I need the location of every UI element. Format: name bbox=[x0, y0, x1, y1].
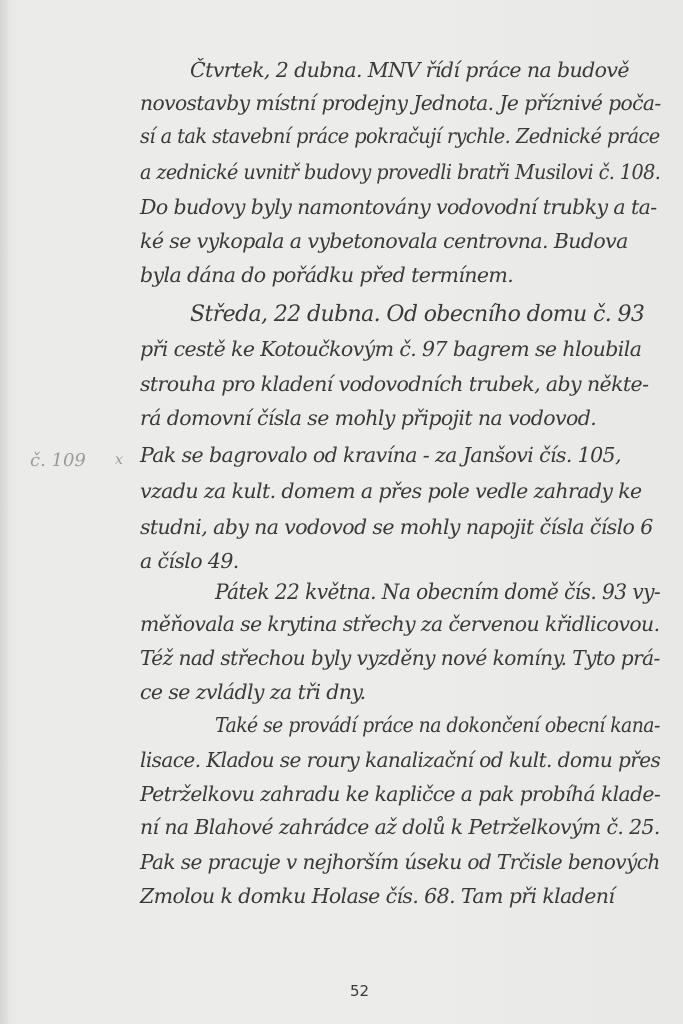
text-line-12: Pak se bagrovalo od kravína - za Janšovi… bbox=[140, 443, 621, 467]
text-line-5: Do budovy byly namontovány vodovodní tru… bbox=[140, 195, 657, 219]
text-line-11: rá domovní čísla se mohly připojit na vo… bbox=[140, 406, 596, 430]
page-number: 52 bbox=[350, 982, 369, 1000]
text-line-15: a číslo 49. bbox=[140, 549, 239, 573]
text-line-21: lisace. Kladou se roury kanalizační od k… bbox=[140, 748, 660, 772]
text-line-6: ké se vykopala a vybetonovala centrovna.… bbox=[140, 229, 628, 253]
text-line-22: Petrželkovu zahradu ke kapličce a pak pr… bbox=[140, 782, 660, 806]
text-line-4: a zednické uvnitř budovy provedli bratři… bbox=[140, 160, 660, 184]
text-line-1: Čtvrtek, 2 dubna. MNV řídí práce na budo… bbox=[190, 58, 629, 82]
text-line-3: sí a tak stavební práce pokračují rychle… bbox=[140, 124, 660, 148]
text-line-23: ní na Blahové zahrádce až dolů k Petržel… bbox=[140, 815, 660, 839]
text-line-8: Středa, 22 dubna. Od obecního domu č. 93 bbox=[190, 302, 644, 327]
text-line-20: Také se provádí práce na dokončení obecn… bbox=[215, 713, 660, 737]
text-line-18: Též nad střechou byly vyzděny nové komín… bbox=[140, 646, 660, 670]
text-line-13: vzadu za kult. domem a přes pole vedle z… bbox=[140, 479, 642, 503]
text-line-25: Zmolou k domku Holase čís. 68. Tam při k… bbox=[140, 884, 614, 908]
text-line-24: Pak se pracuje v nejhorším úseku od Trči… bbox=[140, 850, 660, 874]
text-line-10: strouha pro kladení vodovodních trubek, … bbox=[140, 372, 648, 396]
chronicle-page: Čtvrtek, 2 dubna. MNV řídí práce na budo… bbox=[0, 0, 683, 1024]
margin-note-mark: x bbox=[115, 452, 123, 468]
text-line-14: studni, aby na vodovod se mohly napojit … bbox=[140, 515, 653, 539]
text-line-2: novostavby místní prodejny Jednota. Je p… bbox=[140, 91, 661, 115]
text-line-19: ce se zvládly za tři dny. bbox=[140, 680, 366, 704]
text-line-16: Pátek 22 května. Na obecním domě čís. 93… bbox=[215, 580, 660, 605]
margin-note-number: č. 109 bbox=[30, 450, 86, 471]
page-scan-edge bbox=[0, 0, 10, 1024]
text-line-9: při cestě ke Kotoučkovým č. 97 bagrem se… bbox=[140, 337, 641, 361]
text-line-17: měňovala se krytina střechy za červenou … bbox=[140, 612, 659, 636]
text-line-7: byla dána do pořádku před termínem. bbox=[140, 263, 513, 287]
